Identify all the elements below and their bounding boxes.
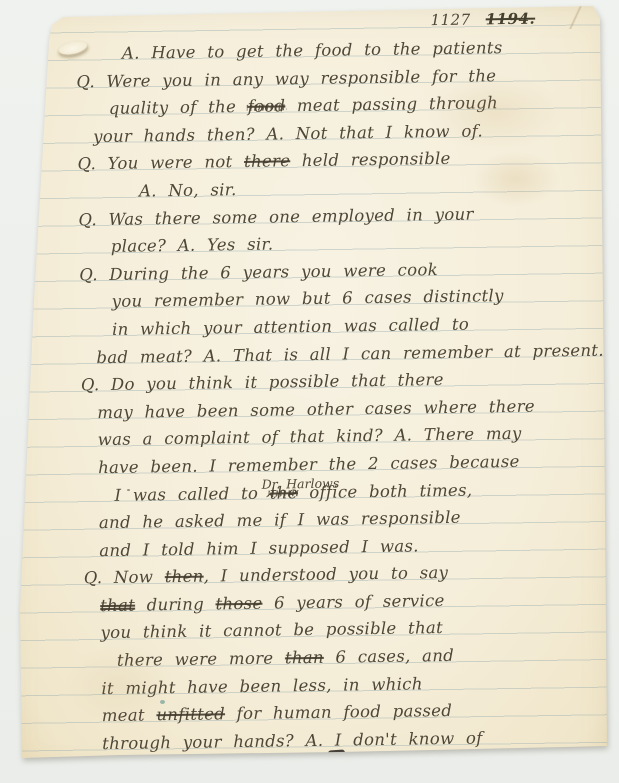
stain [420,70,570,155]
paper-shadow-wrap: 11271194. A. Have to get the food to the… [0,0,619,783]
pencil-dot [127,489,130,491]
handwritten-text: 6 cases, and [335,642,454,671]
handwritten-text: during [146,590,204,618]
handwritten-text: A. No, sir. [139,176,237,205]
handwritten-text: for human food passed [236,697,452,728]
page-number: 1127 [430,11,470,30]
handwritten-text: held responsible [302,145,451,175]
edge-ink-mark [328,749,345,756]
handwritten-text: Q. Was there some one employed in your [78,200,474,233]
handwritten-text: through your hands? A. I don't know of [102,724,483,757]
stain [60,640,180,730]
ink-speck [160,700,165,704]
struck-word: food [247,93,285,121]
struck-word: theDr. Harlows^ [270,479,298,507]
stain [468,148,563,210]
manuscript-page: 11271194. A. Have to get the food to the… [0,0,619,783]
handwritten-text: place? A. Yes sir. [111,231,274,261]
handwritten-text: Q. You were not [77,148,232,178]
struck-word: there [244,148,291,176]
handwritten-text: 6 years of service [274,587,445,617]
corner-crease [548,1,606,29]
struck-word: that [100,591,135,619]
handwritten-text: quality of the [109,93,237,122]
struck-word: those [215,590,262,618]
insertion-caret: ^ [265,493,276,503]
struck-word: than [285,644,324,672]
handwritten-text: Q. Now [84,564,154,593]
handwritten-text: , I understood you to say [203,559,448,590]
struck-page-number: 1194. [486,10,536,29]
page-number-area: 11271194. [430,10,535,30]
handwritten-text: I was called to [114,479,258,509]
struck-word: then [165,563,204,591]
scan-background: 11271194. A. Have to get the food to the… [0,0,619,783]
handwritten-text: office both times, [309,476,473,506]
